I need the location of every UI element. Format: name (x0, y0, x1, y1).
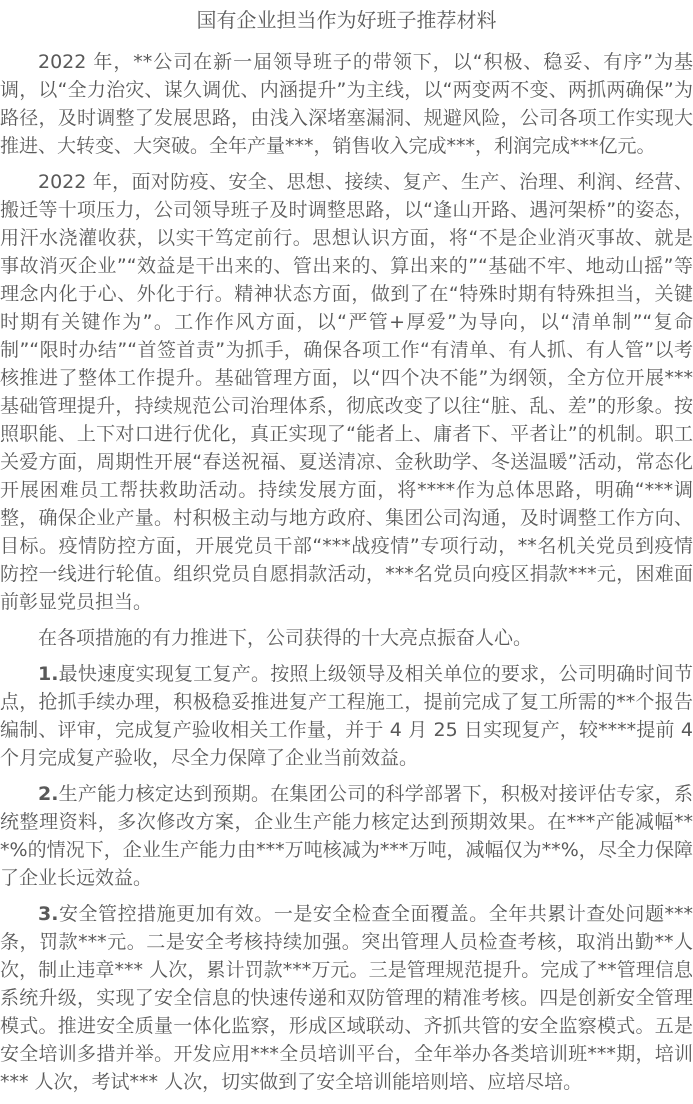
paragraph-highlight-1: 1.最快速度实现复工复产。按照上级领导及相关单位的要求，公司明确时间节点，抢抓手… (0, 660, 693, 772)
paragraph-text: 生产能力核定达到预期。在集团公司的科学部署下，积极对接评估专家，系统整理资料，多… (0, 783, 693, 889)
list-number-2: 2. (38, 783, 58, 805)
paragraph-text: 2022 年，**公司在新一届领导班子的带领下，以“积极、稳妥、有序”为基调，以… (0, 51, 693, 157)
paragraph-text: 在各项措施的有力推进下，公司获得的十大亮点振奋人心。 (38, 627, 532, 649)
paragraph-ten-pressures: 2022 年，面对防疫、安全、思想、接续、复产、生产、治理、利润、经营、搬迁等十… (0, 168, 693, 616)
list-number-1: 1. (38, 663, 58, 685)
paragraph-highlight-3: 3.安全管控措施更加有效。一是安全检查全面覆盖。全年共累计查处问题***条，罚款… (0, 900, 693, 1096)
paragraph-text: 安全管控措施更加有效。一是安全检查全面覆盖。全年共累计查处问题***条，罚款**… (0, 903, 693, 1093)
document-page: 国有企业担当作为好班子推荐材料 2022 年，**公司在新一届领导班子的带领下，… (0, 0, 693, 1104)
list-number-3: 3. (38, 903, 58, 925)
paragraph-highlight-2: 2.生产能力核定达到预期。在集团公司的科学部署下，积极对接评估专家，系统整理资料… (0, 780, 693, 892)
paragraph-text: 最快速度实现复工复产。按照上级领导及相关单位的要求，公司明确时间节点，抢抓手续办… (0, 663, 693, 769)
paragraph-text: 2022 年，面对防疫、安全、思想、接续、复产、生产、治理、利润、经营、搬迁等十… (0, 171, 693, 613)
document-title: 国有企业担当作为好班子推荐材料 (0, 6, 693, 34)
paragraph-highlights-intro: 在各项措施的有力推进下，公司获得的十大亮点振奋人心。 (0, 624, 693, 652)
paragraph-overview-year: 2022 年，**公司在新一届领导班子的带领下，以“积极、稳妥、有序”为基调，以… (0, 48, 693, 160)
